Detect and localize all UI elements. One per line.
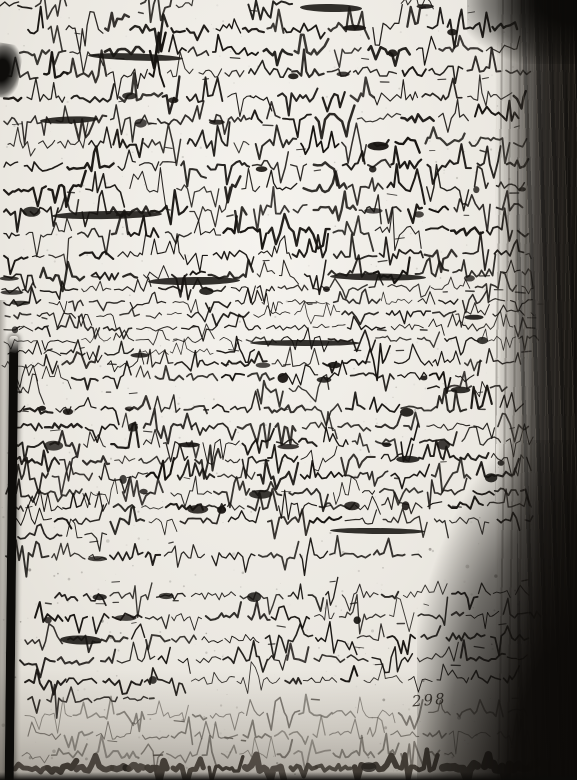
manuscript-page: 298 xyxy=(0,0,577,780)
top-right-corner-shadow xyxy=(467,0,577,64)
bottom-right-corner-shadow xyxy=(417,440,577,780)
bottom-scan-edge xyxy=(0,772,577,780)
